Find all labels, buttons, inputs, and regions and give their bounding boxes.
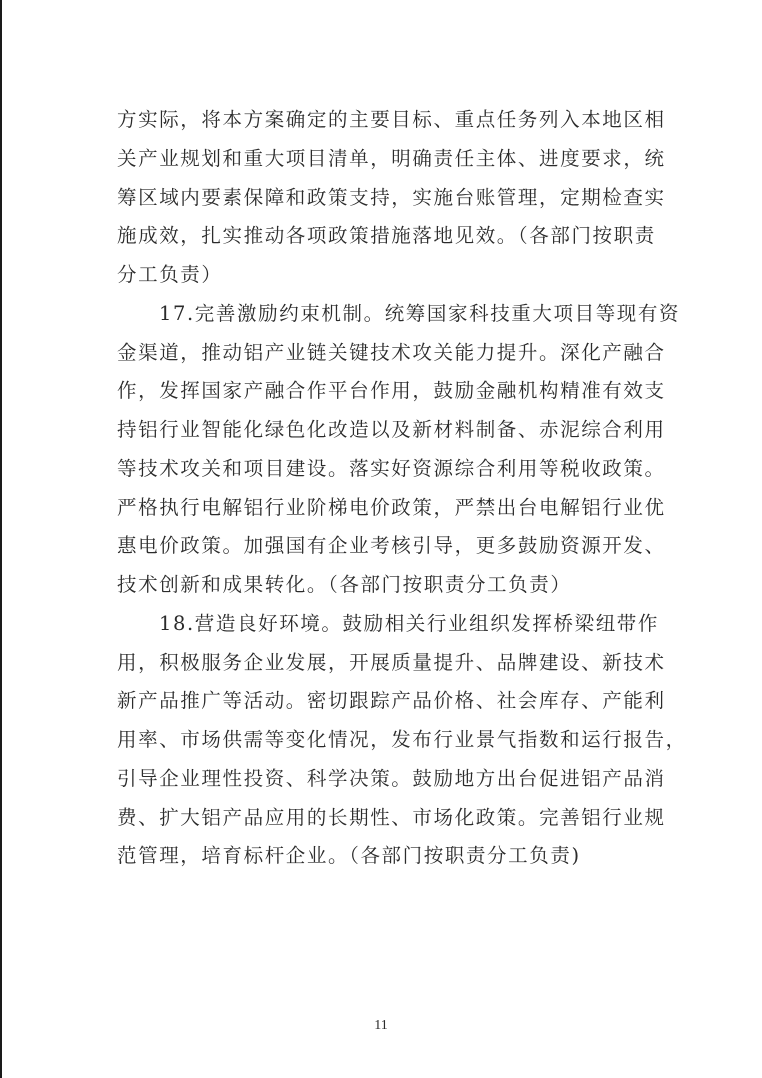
text-line: 范管理，培育标杆企业。（各部门按职责分工负责): [117, 837, 647, 876]
paragraph-item-17: 17.完善激励约束机制。统筹国家科技重大项目等现有资 金渠道，推动铝产业链关键技…: [117, 295, 647, 605]
text-line: 新产品推广等活动。密切跟踪产品价格、社会库存、产能利: [117, 682, 647, 721]
item-17-first-line: 17.完善激励约束机制。统筹国家科技重大项目等现有资: [117, 295, 647, 334]
document-body: 方实际，将本方案确定的主要目标、重点任务列入本地区相 关产业规划和重大项目清单，…: [117, 101, 647, 876]
text-line: 筹区域内要素保障和政策支持，实施台账管理，定期检查实: [117, 179, 647, 218]
paragraph-item-18: 18.营造良好环境。鼓励相关行业组织发挥桥梁纽带作 用，积极服务企业发展，开展质…: [117, 605, 647, 876]
text-line: 等技术攻关和项目建设。落实好资源综合利用等税收政策。: [117, 450, 647, 489]
paragraph-continuation: 方实际，将本方案确定的主要目标、重点任务列入本地区相 关产业规划和重大项目清单，…: [117, 101, 647, 295]
text-line: 费、扩大铝产品应用的长期性、市场化政策。完善铝行业规: [117, 799, 647, 838]
page-number: 11: [0, 1018, 762, 1034]
text-line: 引导企业理性投资、科学决策。鼓励地方出台促进铝产品消: [117, 760, 647, 799]
text-line: 分工负责）: [117, 256, 647, 295]
text-line: 用率、市场供需等变化情况，发布行业景气指数和运行报告，: [117, 721, 647, 760]
text-line: 作，发挥国家产融合作平台作用，鼓励金融机构精准有效支: [117, 372, 647, 411]
text-line: 持铝行业智能化绿色化改造以及新材料制备、赤泥综合利用: [117, 411, 647, 450]
text-line: 用，积极服务企业发展，开展质量提升、品牌建设、新技术: [117, 644, 647, 683]
text-line: 金渠道，推动铝产业链关键技术攻关能力提升。深化产融合: [117, 334, 647, 373]
text-line: 方实际，将本方案确定的主要目标、重点任务列入本地区相: [117, 101, 647, 140]
text-line: 关产业规划和重大项目清单，明确责任主体、进度要求，统: [117, 140, 647, 179]
item-18-first-line: 18.营造良好环境。鼓励相关行业组织发挥桥梁纽带作: [117, 605, 647, 644]
text-line: 惠电价政策。加强国有企业考核引导，更多鼓励资源开发、: [117, 527, 647, 566]
page-left-edge: [0, 0, 2, 1078]
text-line: 技术创新和成果转化。（各部门按职责分工负责）: [117, 566, 647, 605]
text-line: 施成效，扎实推动各项政策措施落地见效。（各部门按职责: [117, 217, 647, 256]
text-line: 严格执行电解铝行业阶梯电价政策，严禁出台电解铝行业优: [117, 489, 647, 528]
